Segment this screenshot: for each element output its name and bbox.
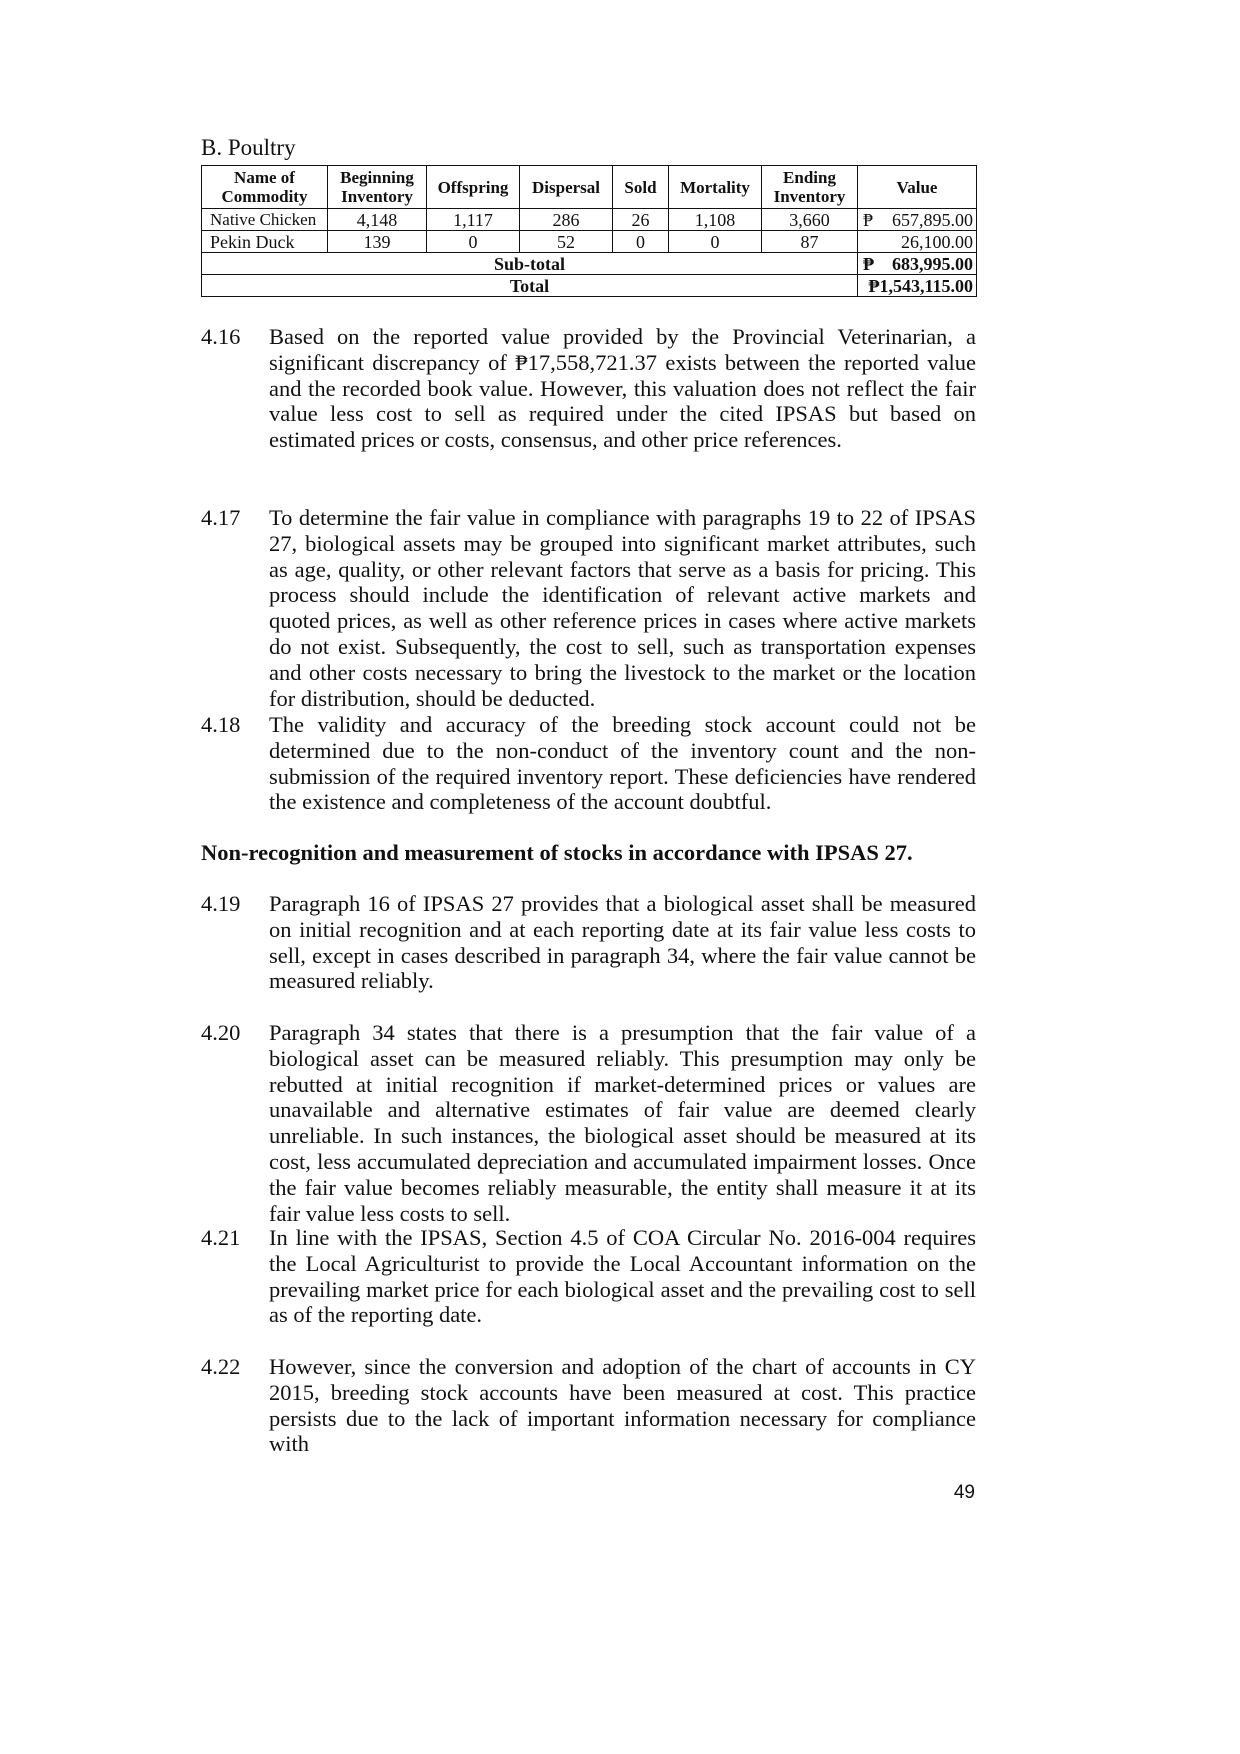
total-label: Total: [202, 275, 858, 297]
paragraph-text: Paragraph 34 states that there is a pres…: [269, 1020, 976, 1226]
paragraph-4-19: 4.19 Paragraph 16 of IPSAS 27 provides t…: [201, 891, 976, 994]
cell-dispersal: 286: [520, 209, 613, 231]
paragraph-number: 4.21: [201, 1225, 261, 1251]
subtotal-label: Sub-total: [202, 253, 858, 275]
cell-sold: 0: [613, 231, 669, 253]
cell-offspring: 0: [427, 231, 520, 253]
paragraph-text: To determine the fair value in complianc…: [269, 505, 976, 711]
table-header-row: Name of Commodity Beginning Inventory Of…: [202, 166, 977, 209]
currency-symbol: ₱: [861, 210, 873, 230]
poultry-inventory-table: Name of Commodity Beginning Inventory Of…: [201, 165, 977, 297]
paragraph-text: Based on the reported value provided by …: [269, 324, 976, 453]
cell-beginning: 139: [328, 231, 427, 253]
paragraph-4-17: 4.17 To determine the fair value in comp…: [201, 505, 976, 711]
header-mortality: Mortality: [669, 166, 762, 209]
total-row: Total ₱1,543,115.00: [202, 275, 977, 297]
currency-symbol: ₱: [861, 254, 874, 274]
cell-mortality: 0: [669, 231, 762, 253]
cell-offspring: 1,117: [427, 209, 520, 231]
header-value: Value: [858, 166, 977, 209]
paragraph-number: 4.18: [201, 712, 261, 738]
cell-mortality: 1,108: [669, 209, 762, 231]
header-offspring: Offspring: [427, 166, 520, 209]
cell-ending: 87: [762, 231, 858, 253]
paragraph-number: 4.22: [201, 1354, 261, 1380]
paragraph-text: However, since the conversion and adopti…: [269, 1354, 976, 1457]
paragraph-number: 4.16: [201, 324, 261, 350]
paragraph-4-22: 4.22 However, since the conversion and a…: [201, 1354, 976, 1457]
paragraph-4-18: 4.18 The validity and accuracy of the br…: [201, 712, 976, 815]
subtotal-row: Sub-total ₱683,995.00: [202, 253, 977, 275]
header-sold: Sold: [613, 166, 669, 209]
paragraph-text: The validity and accuracy of the breedin…: [269, 712, 976, 815]
section-heading: Non-recognition and measurement of stock…: [201, 840, 913, 866]
paragraph-text: Paragraph 16 of IPSAS 27 provides that a…: [269, 891, 976, 994]
value-amount: 657,895.00: [892, 210, 973, 230]
document-page: B. Poultry Name of Commodity Beginning I…: [0, 0, 1240, 1754]
value-amount: 26,100.00: [901, 232, 973, 252]
paragraph-number: 4.17: [201, 505, 261, 531]
header-name: Name of Commodity: [202, 166, 328, 209]
cell-sold: 26: [613, 209, 669, 231]
cell-value: 26,100.00: [858, 231, 977, 253]
cell-name: Pekin Duck: [202, 231, 328, 253]
subtotal-value: ₱683,995.00: [858, 253, 977, 275]
page-number: 49: [954, 1482, 975, 1504]
paragraph-text: In line with the IPSAS, Section 4.5 of C…: [269, 1225, 976, 1328]
paragraph-number: 4.19: [201, 891, 261, 917]
cell-beginning: 4,148: [328, 209, 427, 231]
header-beginning: Beginning Inventory: [328, 166, 427, 209]
total-value: ₱1,543,115.00: [858, 275, 977, 297]
table-row: Native Chicken 4,148 1,117 286 26 1,108 …: [202, 209, 977, 231]
header-ending: Ending Inventory: [762, 166, 858, 209]
paragraph-4-16: 4.16 Based on the reported value provide…: [201, 324, 976, 453]
section-title: B. Poultry: [201, 134, 296, 162]
cell-dispersal: 52: [520, 231, 613, 253]
paragraph-4-21: 4.21 In line with the IPSAS, Section 4.5…: [201, 1225, 976, 1328]
paragraph-number: 4.20: [201, 1020, 261, 1046]
cell-ending: 3,660: [762, 209, 858, 231]
table-row: Pekin Duck 139 0 52 0 0 87 26,100.00: [202, 231, 977, 253]
cell-value: ₱657,895.00: [858, 209, 977, 231]
cell-name: Native Chicken: [202, 209, 328, 231]
subtotal-amount: 683,995.00: [892, 254, 973, 274]
paragraph-4-20: 4.20 Paragraph 34 states that there is a…: [201, 1020, 976, 1226]
header-dispersal: Dispersal: [520, 166, 613, 209]
